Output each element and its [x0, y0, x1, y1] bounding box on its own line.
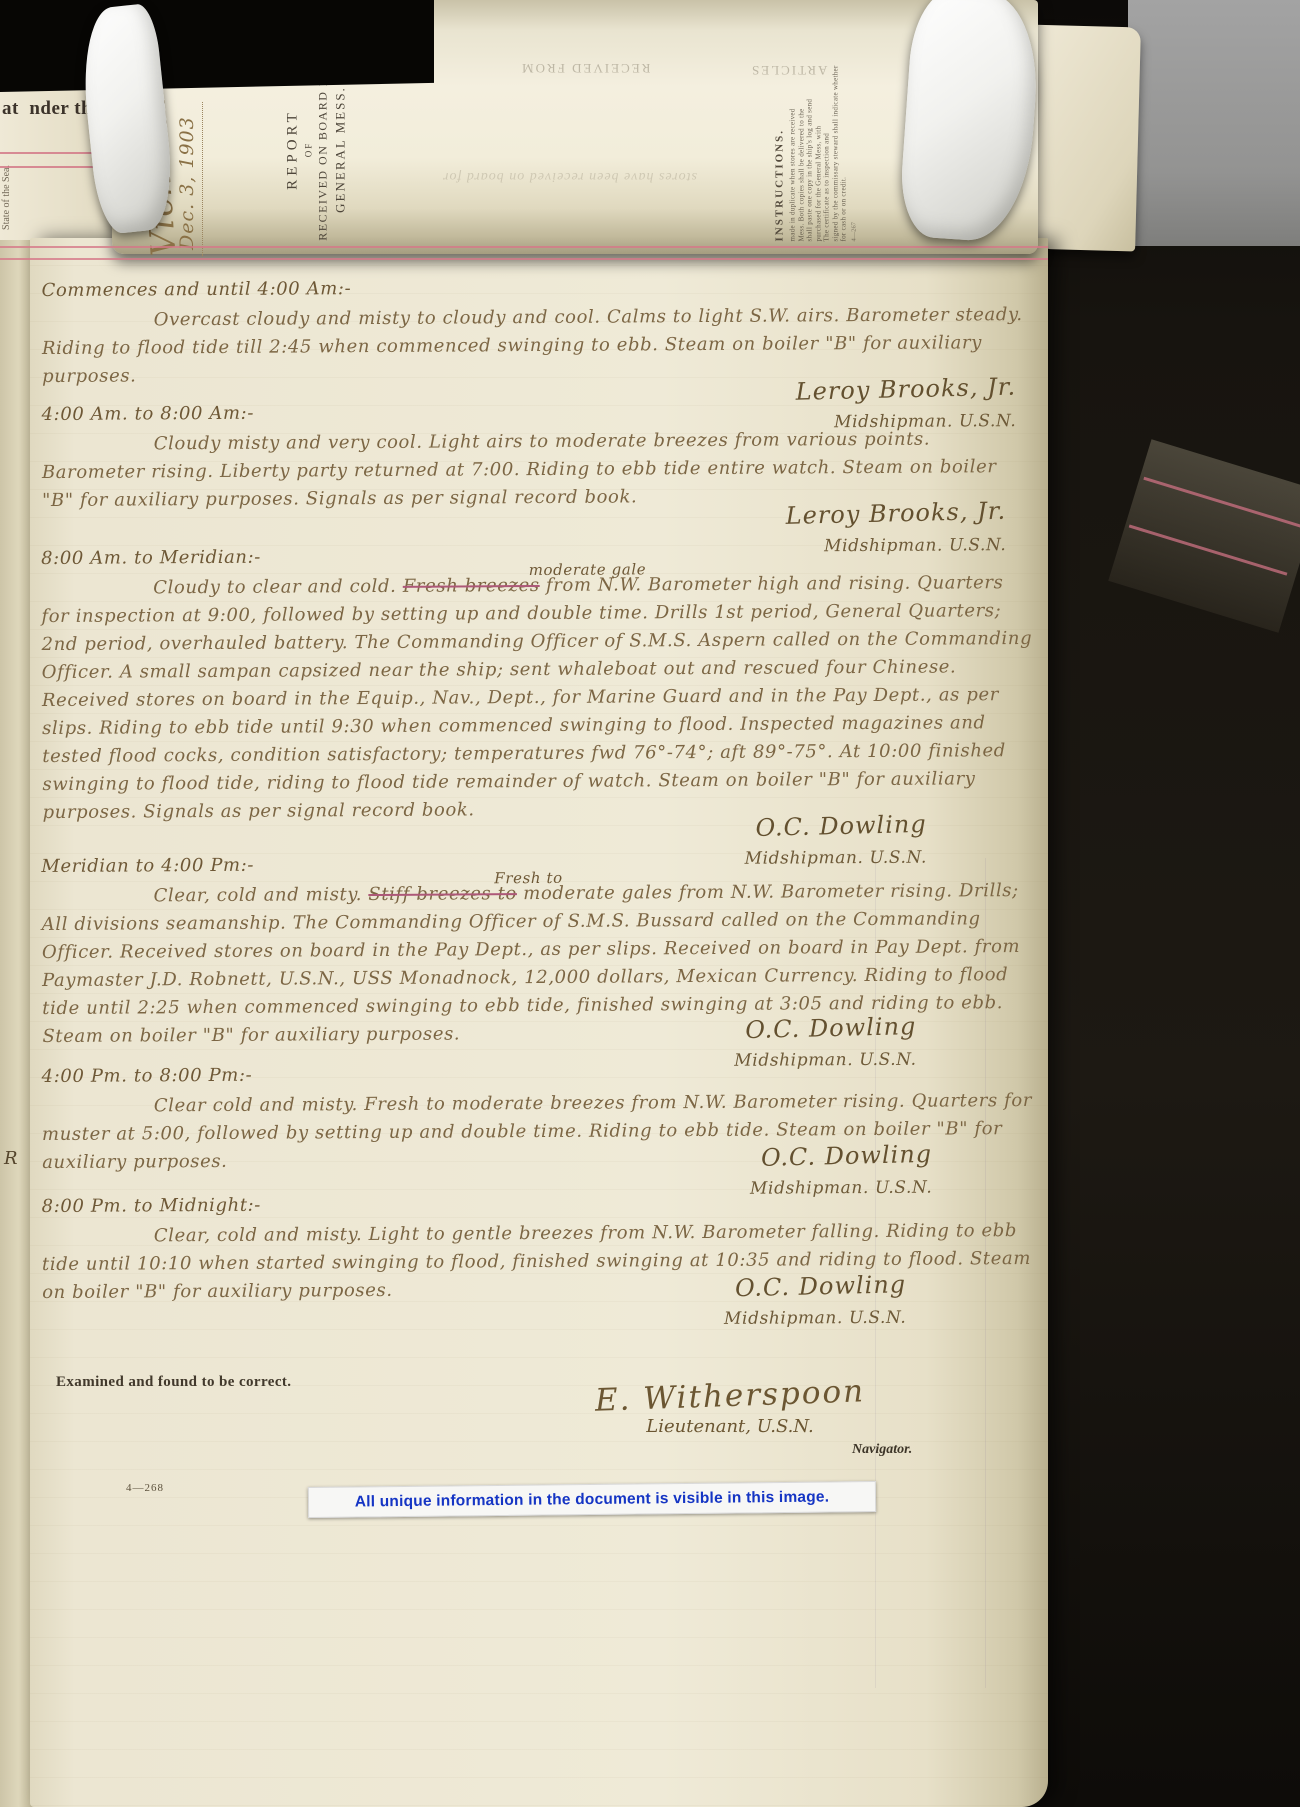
instructions-line: shall paste one copy in the ship's log a… — [806, 17, 815, 242]
margin-mark: R — [4, 1148, 18, 1169]
instructions-line: for cash or on credit. — [840, 17, 849, 242]
entry-heading: Commences and until 4:00 Am:- — [42, 271, 1034, 305]
red-margin-line — [1143, 477, 1300, 528]
log-entry-4pm-8pm: 4:00 Pm. to 8:00 Pm:- Clear cold and mis… — [42, 1057, 1035, 1207]
pink-rule-top — [0, 258, 1048, 260]
navigator-signature: E. Witherspoon Lieutenant, U.S.N. — [550, 1378, 910, 1437]
log-page: Commences and until 4:00 Am:- Overcast c… — [30, 238, 1048, 1807]
instructions-block: INSTRUCTIONS. made in duplicate when sto… — [774, 17, 892, 242]
underlying-page-edge — [1108, 439, 1300, 633]
instructions-form-number: 4—267 — [850, 17, 857, 242]
examined-statement: Examined and found to be correct. — [56, 1374, 291, 1391]
signature-name: E. Witherspoon — [549, 1372, 910, 1421]
log-entry-8am-meridian: 8:00 Am. to Meridian:- Cloudy to clear a… — [41, 539, 1035, 877]
form-number: 4—268 — [126, 1482, 164, 1494]
instructions-line: signed by the commissary steward shall i… — [831, 17, 840, 242]
body-text: Clear, cold and misty. — [154, 884, 369, 906]
shadow-over-roll — [0, 0, 434, 92]
archival-note-label: All unique information in the document i… — [308, 1481, 876, 1518]
pink-rule-top — [0, 246, 1048, 248]
scanned-logbook-photo: at nder the com State of the Sea. R Vick… — [0, 0, 1300, 1807]
entry-heading: 4:00 Am. to 8:00 Am:- — [42, 395, 1034, 429]
ghost-certificate-line: stores have been received on board for — [442, 168, 697, 184]
inserted-text: moderate gale — [417, 555, 647, 584]
body-text: from N.W. Barometer high and rising. Qua… — [41, 572, 1032, 823]
log-entry-8pm-midnight: 8:00 Pm. to Midnight:- Clear, cold and m… — [42, 1187, 1035, 1337]
instructions-line: Mess. Both copies shall be delivered to … — [797, 17, 806, 242]
body-text: Cloudy to clear and cold. — [153, 576, 403, 599]
instructions-line: made in duplicate when stores are receiv… — [789, 17, 798, 242]
entry-heading: 4:00 Pm. to 8:00 Pm:- — [42, 1057, 1034, 1091]
printed-navigator-label: Navigator. — [852, 1442, 912, 1458]
archival-note-text: All unique information in the document i… — [355, 1488, 830, 1511]
fragment-text-a: at — [2, 98, 19, 119]
red-margin-line — [1129, 525, 1288, 576]
page-corner-behind — [1023, 25, 1141, 252]
instructions-line: The certificate as to inspection and — [823, 17, 832, 242]
background-gray-area — [1128, 0, 1300, 246]
entry-body: Cloudy to clear and cold. moderate galeF… — [41, 569, 1035, 827]
inserted-text: Fresh to — [382, 864, 563, 893]
correction: Fresh toStiff breezes to — [368, 883, 517, 905]
instructions-line: purchased for the General Mess, with — [814, 17, 823, 242]
state-of-sea-label: State of the Sea. — [1, 165, 12, 230]
signature-title: Lieutenant, U.S.N. — [550, 1416, 910, 1437]
correction: moderate galeFresh breezes — [403, 575, 540, 597]
log-entry-meridian-4pm: Meridian to 4:00 Pm:- Clear, cold and mi… — [41, 847, 1034, 1079]
entry-heading: 8:00 Pm. to Midnight:- — [42, 1187, 1034, 1221]
ghost-received-from-text: RECEIVED FROM — [520, 60, 650, 76]
instructions-title: INSTRUCTIONS. — [774, 17, 787, 242]
left-page-edge: R — [0, 240, 34, 1807]
